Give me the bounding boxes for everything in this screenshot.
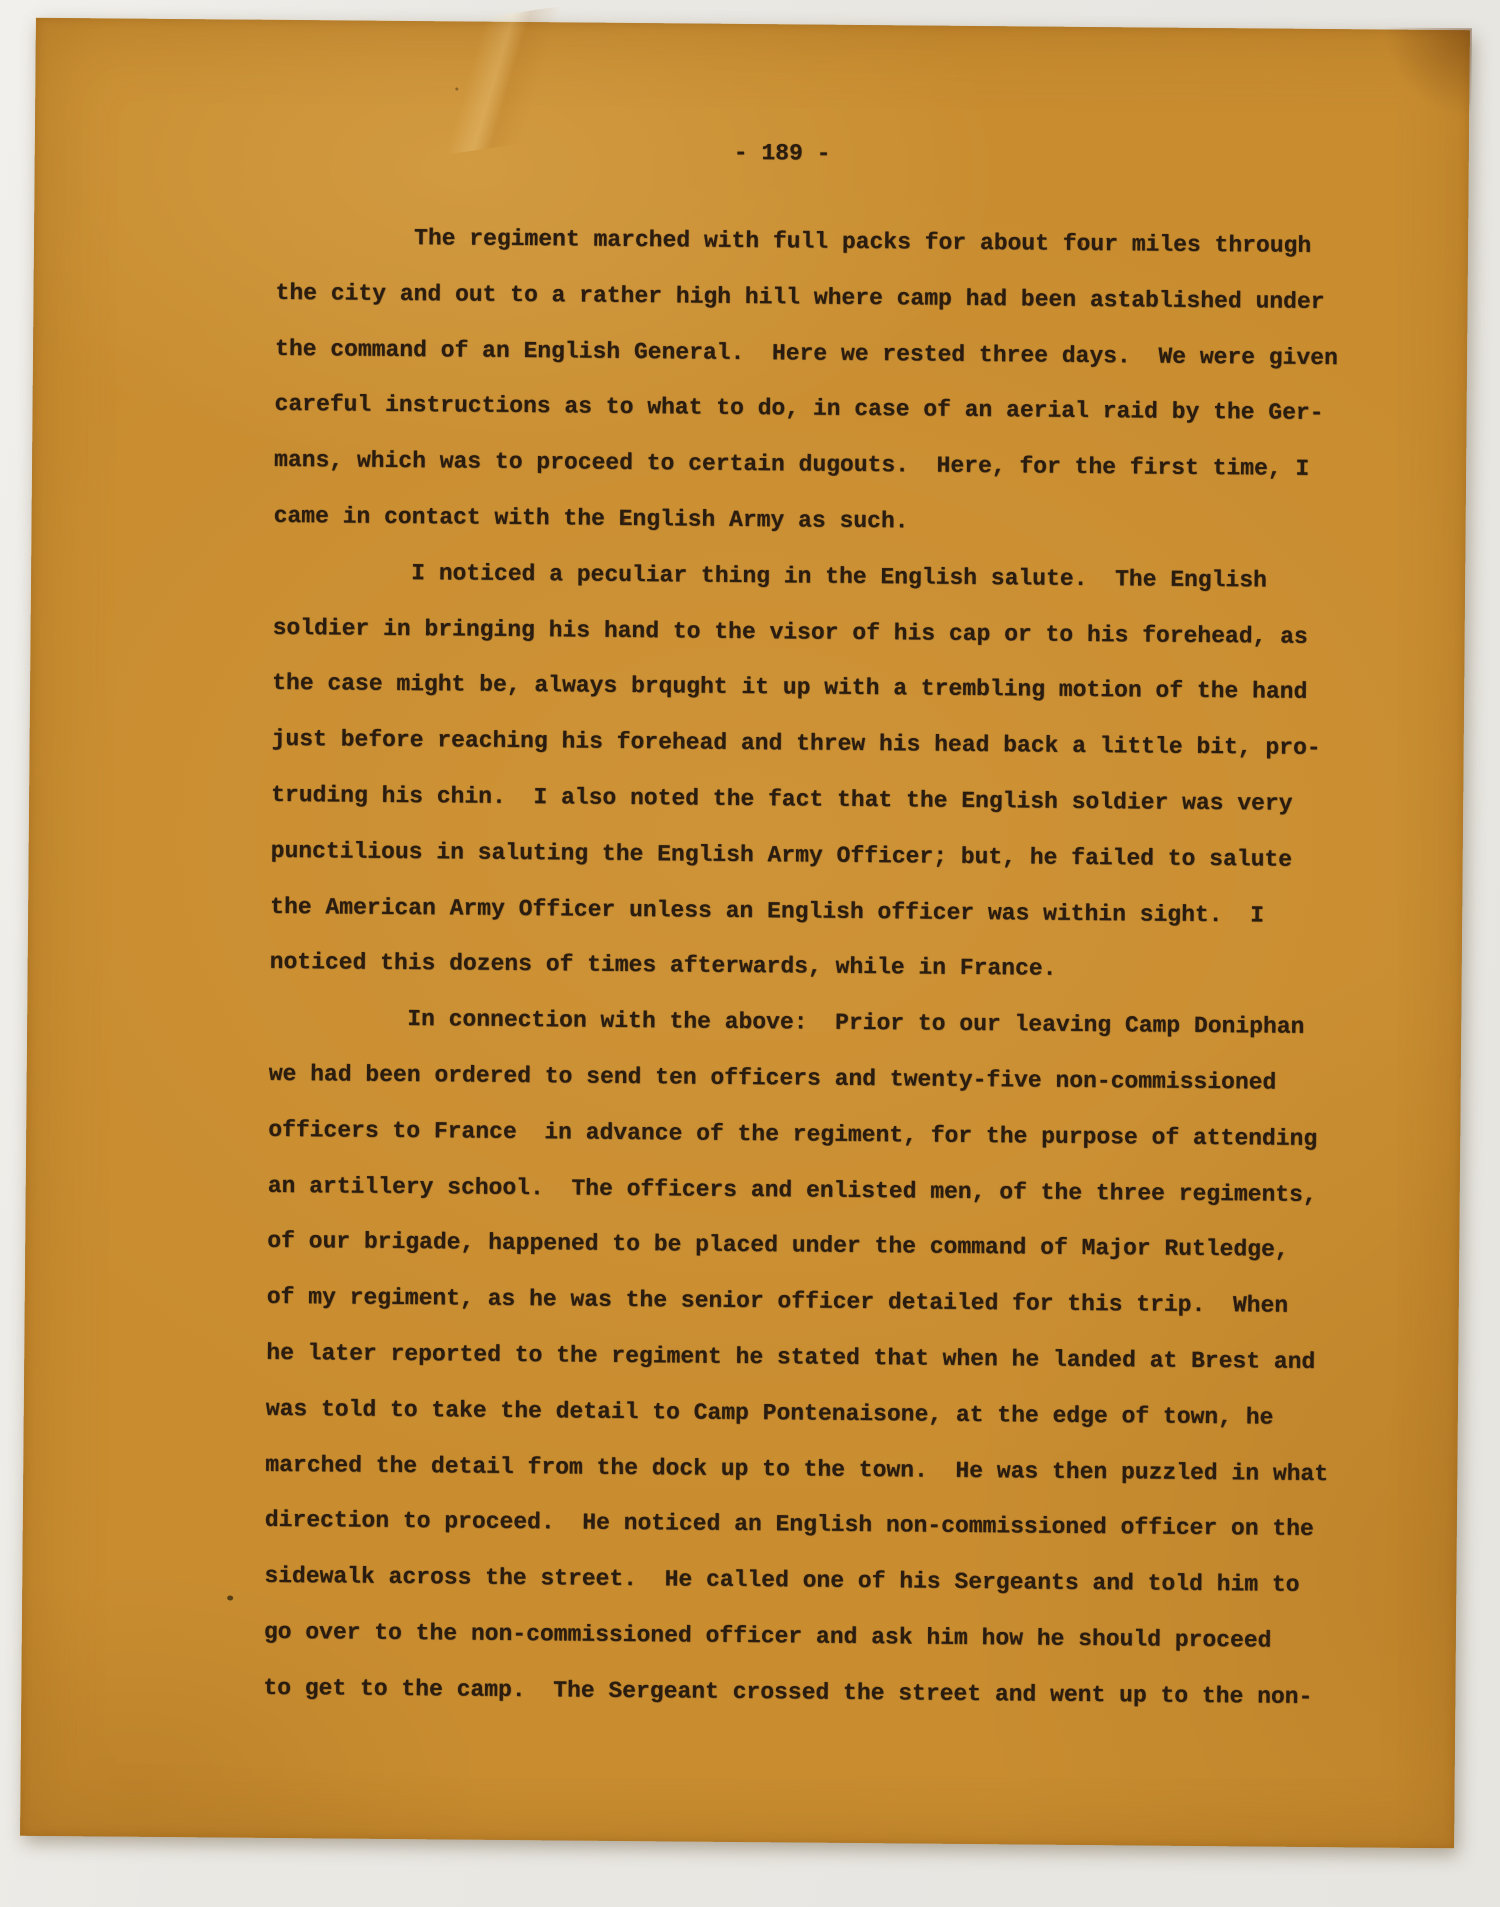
paragraph-2-line-7: the American Army Officer unless an Engl…	[270, 879, 1333, 944]
paragraph-3-line-2: we had been ordered to send ten officers…	[269, 1047, 1332, 1112]
paragraph-3-line-13: to get to the camp. The Sergeant crossed…	[263, 1661, 1326, 1726]
typewritten-text: The regiment marched with full packs for…	[263, 210, 1339, 1726]
paragraph-2-line-3: the case might be, always brqught it up …	[272, 656, 1335, 721]
paragraph-3-line-4: an artillery school. The officers and en…	[268, 1158, 1331, 1223]
paragraph-2-line-1: I noticed a peculiar thing in the Englis…	[273, 545, 1336, 610]
paragraph-1-line-1: The regiment marched with full packs for…	[276, 210, 1339, 275]
paper-speck	[227, 1596, 233, 1601]
paragraph-2-line-6: punctilious in saluting the English Army…	[270, 824, 1333, 889]
paper-speck	[455, 87, 458, 90]
paragraph-2-line-5: truding his chin. I also noted the fact …	[271, 768, 1334, 833]
page-number: - 189 -	[734, 140, 831, 167]
paragraph-1-line-5: mans, which was to proceed to certain du…	[274, 433, 1337, 498]
paragraph-2-line-4: just before reaching his forehead and th…	[271, 712, 1334, 777]
paragraph-3-line-8: was told to take the detail to Camp Pont…	[266, 1382, 1329, 1447]
paragraph-3-line-3: officers to France in advance of the reg…	[268, 1103, 1331, 1168]
paragraph-3-line-11: sidewalk across the street. He called on…	[264, 1549, 1327, 1614]
paragraph-3-line-1: In connection with the above: Prior to o…	[269, 991, 1332, 1056]
scan-background: { "colors": { "paper": "#c98d30", "ink":…	[0, 0, 1500, 1907]
paragraph-1-line-3: the command of an English General. Here …	[275, 321, 1338, 386]
paragraph-1-line-4: careful instructions as to what to do, i…	[274, 377, 1337, 442]
paper-crease	[347, 0, 653, 167]
paragraph-3-line-5: of our brigade, happened to be placed un…	[267, 1214, 1330, 1279]
document-page: - 189 - The regiment marched with full p…	[20, 18, 1470, 1848]
paragraph-1-line-6: came in contact with the English Army as…	[273, 489, 1336, 554]
paragraph-3-line-12: go over to the non-commissioned officer …	[264, 1605, 1327, 1670]
paragraph-3-line-9: marched the detail from the dock up to t…	[265, 1437, 1328, 1502]
paragraph-3-line-10: direction to proceed. He noticed an Engl…	[265, 1493, 1328, 1558]
corner-smudge	[1376, 27, 1472, 123]
paragraph-3-line-6: of my regiment, as he was the senior off…	[267, 1270, 1330, 1335]
paragraph-2-line-2: soldier in bringing his hand to the viso…	[272, 600, 1335, 665]
paragraph-3-line-7: he later reported to the regiment he sta…	[266, 1326, 1329, 1391]
paragraph-2-line-8: noticed this dozens of times afterwards,…	[269, 935, 1332, 1000]
paragraph-1-line-2: the city and out to a rather high hill w…	[275, 266, 1338, 331]
